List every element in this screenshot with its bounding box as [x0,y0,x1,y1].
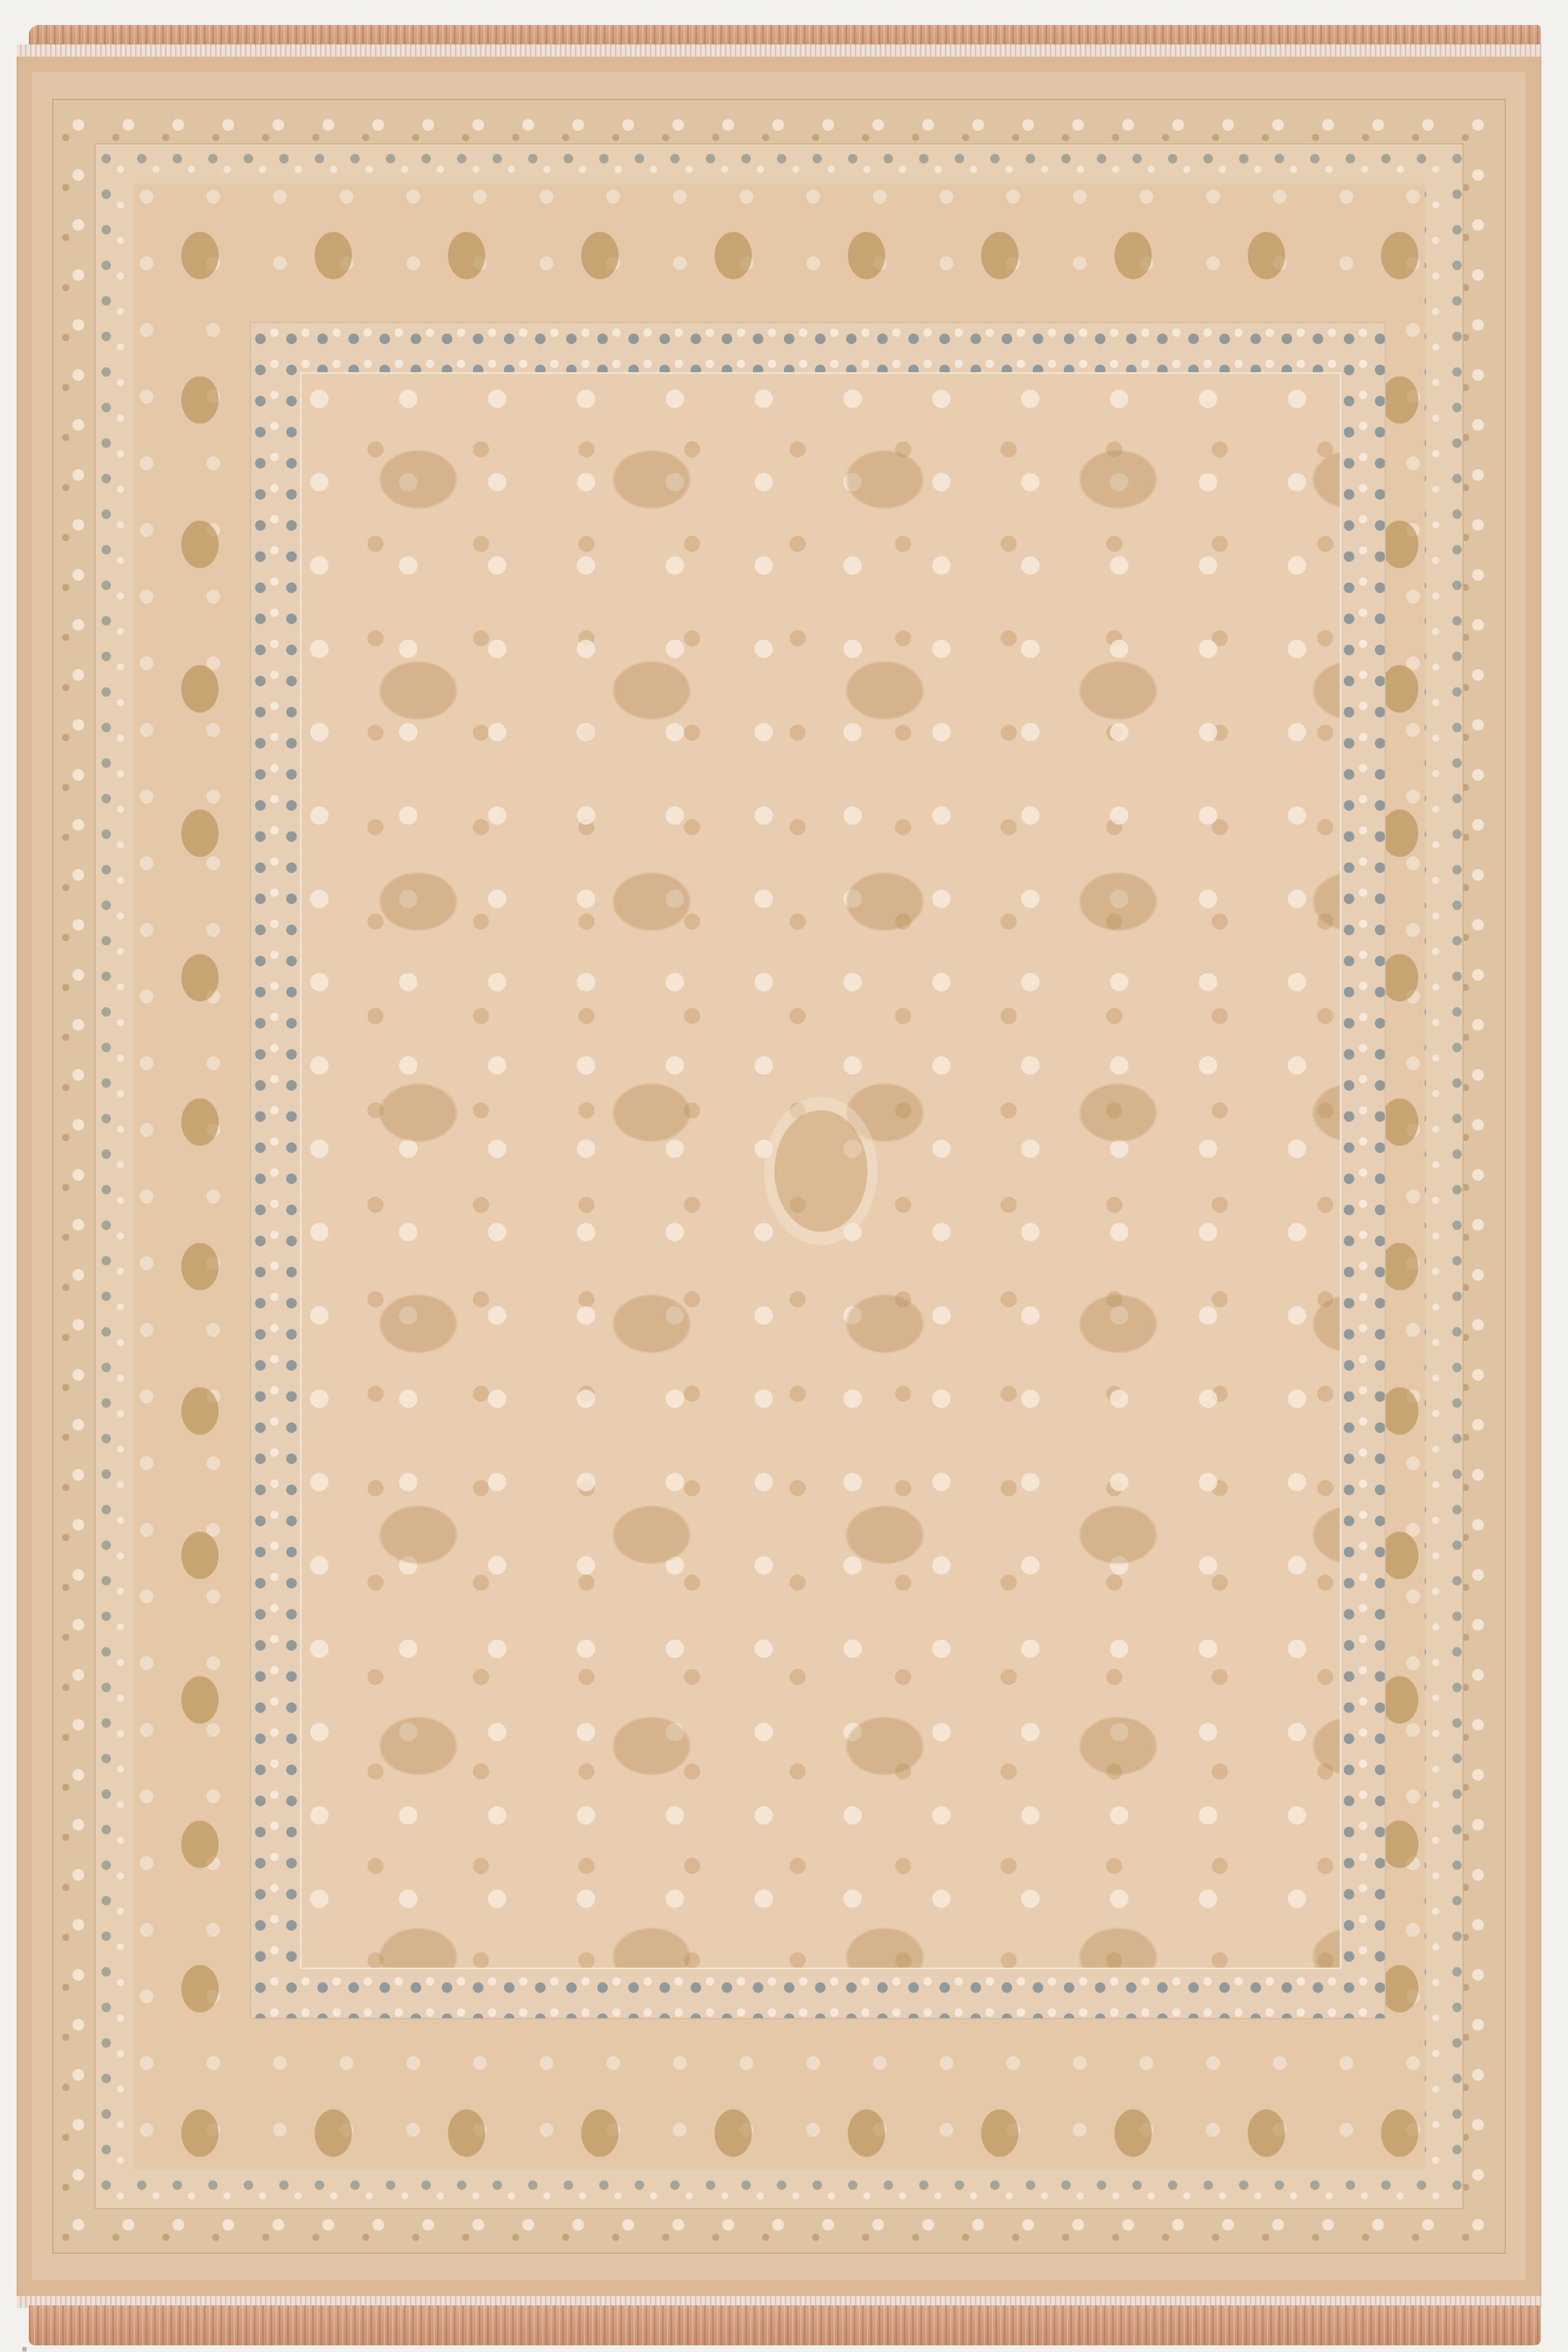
bottom-fringe [29,2305,1541,2345]
rug [17,44,1541,2308]
wall-mark [22,2347,27,2351]
top-selvedge [17,44,1541,57]
central-field [300,372,1341,1969]
central-medallion [749,1077,893,1265]
